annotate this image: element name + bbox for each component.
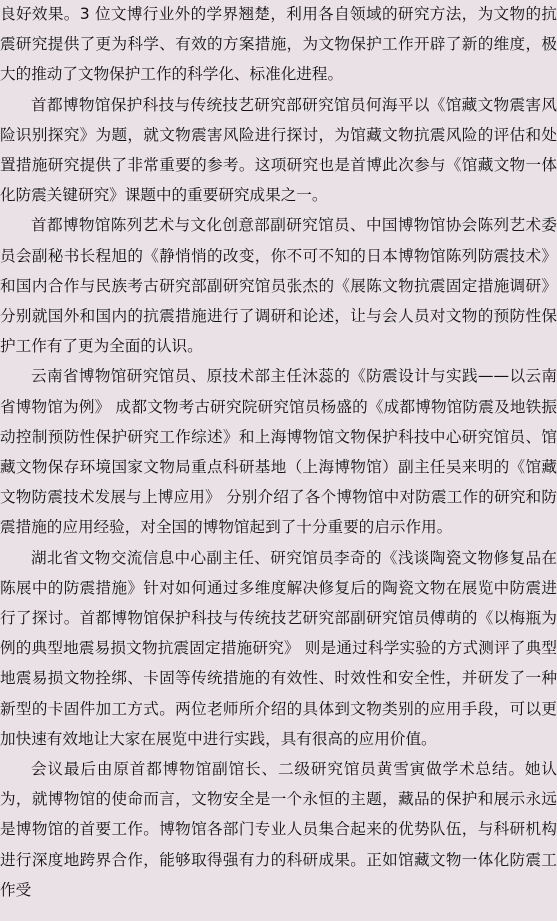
paragraph-conclusion-huang-xueyin: 会议最后由原首都博物馆副馆长、二级研究馆员黄雪寅做学术总结。她认为，就博物馆的使… [0, 754, 557, 905]
paragraph-intro-effects: 良好效果。3 位文博行业外的学界翘楚，利用各自领域的研究方法，为文物的抗震研究提… [0, 0, 557, 90]
paragraph-yunnan-chengdu-shanghai: 云南省博物馆研究馆员、原技术部主任沐蕊的《防震设计与实践——以云南省博物馆为例》… [0, 361, 557, 542]
paragraph-li-qi-fu-meng: 湖北省文物交流信息中心副主任、研究馆员李奇的《浅谈陶瓷文物修复品在陈展中的防震措… [0, 543, 557, 754]
article-body: 良好效果。3 位文博行业外的学界翘楚，利用各自领域的研究方法，为文物的抗震研究提… [0, 0, 557, 905]
paragraph-he-haiping: 首都博物馆保护科技与传统技艺研究部研究馆员何海平以《馆藏文物震害风险识别探究》为… [0, 90, 557, 211]
paragraph-cheng-xu-zhang-jie: 首都博物馆陈列艺术与文化创意部副研究馆员、中国博物馆协会陈列艺术委员会副秘书长程… [0, 210, 557, 361]
